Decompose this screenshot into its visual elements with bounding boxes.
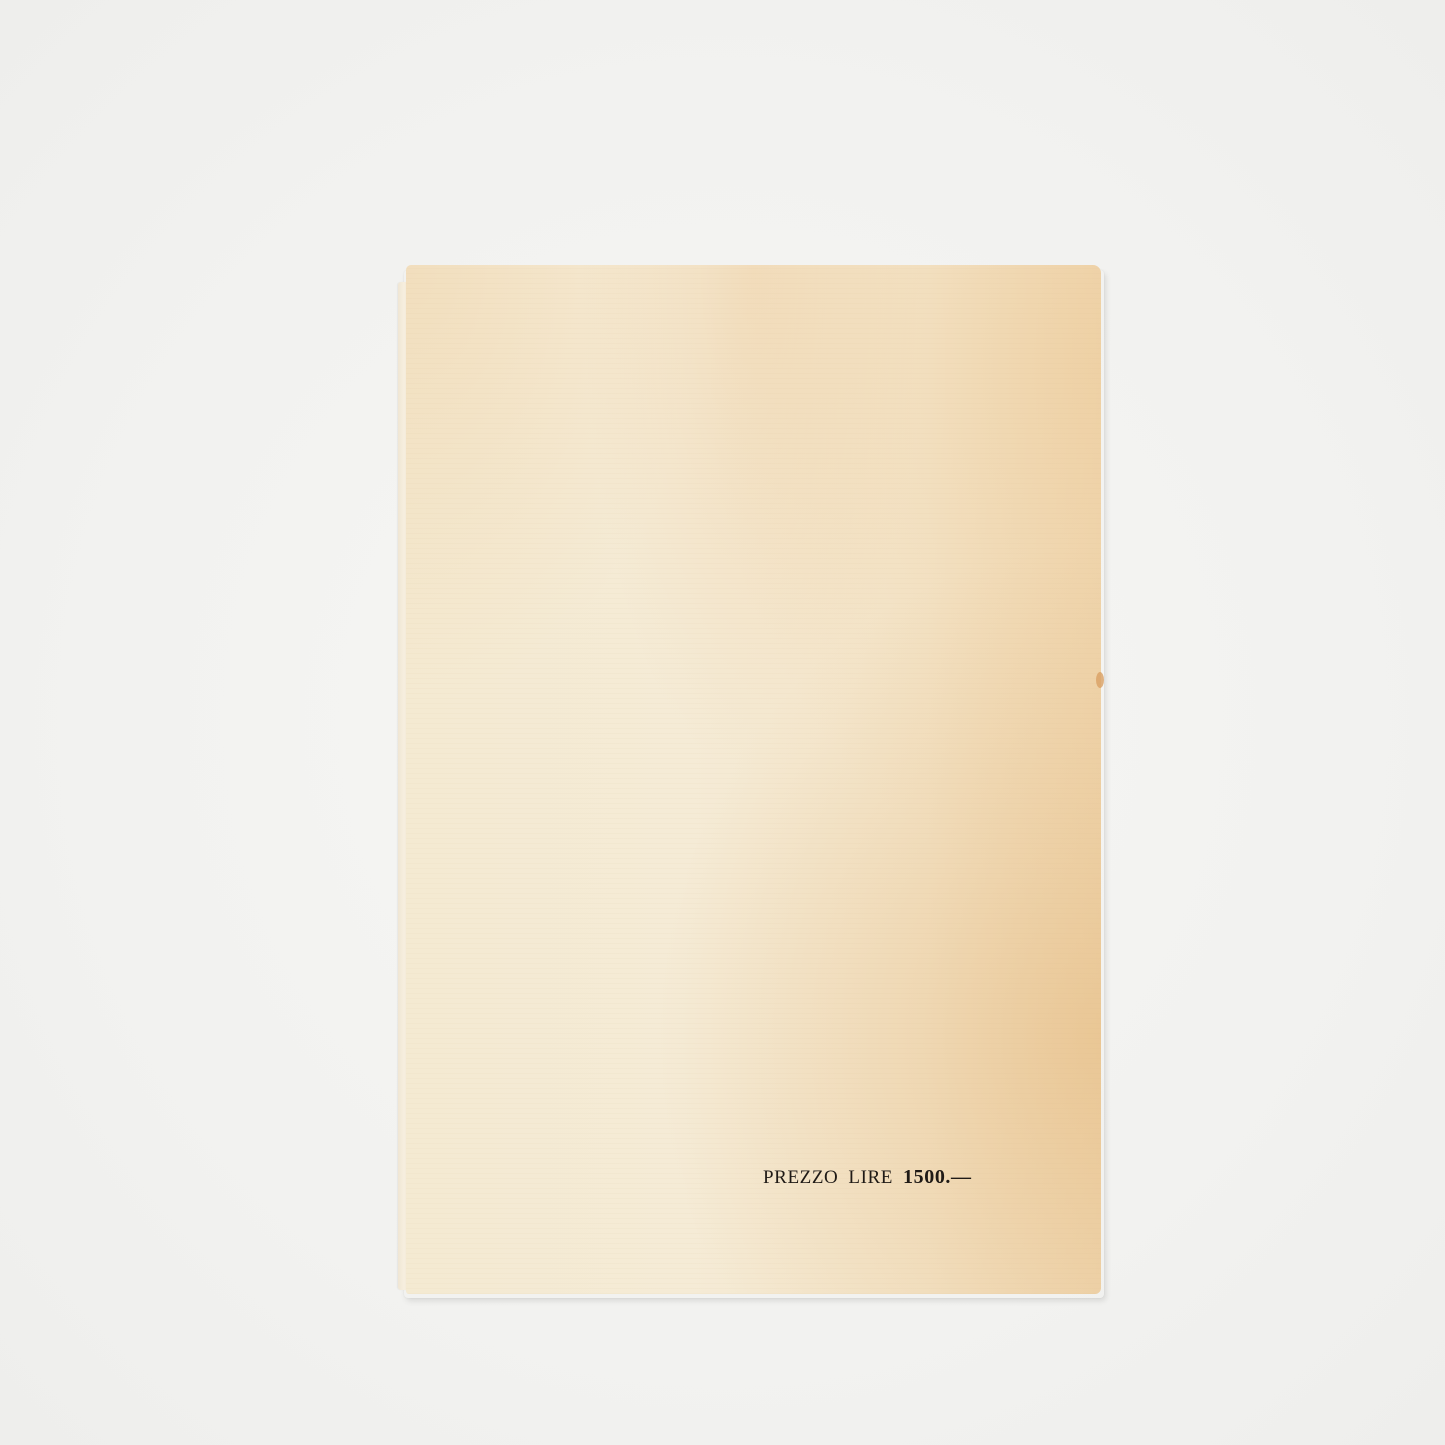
price-amount: 1500.— — [903, 1166, 972, 1188]
cover-edge-nick — [1096, 672, 1104, 688]
price-prefix: PREZZO — [763, 1167, 838, 1188]
price-label: PREZZOLIRE1500.— — [763, 1166, 972, 1189]
price-currency: LIRE — [848, 1167, 893, 1188]
book-back-cover — [406, 265, 1101, 1294]
photo-background: PREZZOLIRE1500.— — [0, 0, 1445, 1445]
